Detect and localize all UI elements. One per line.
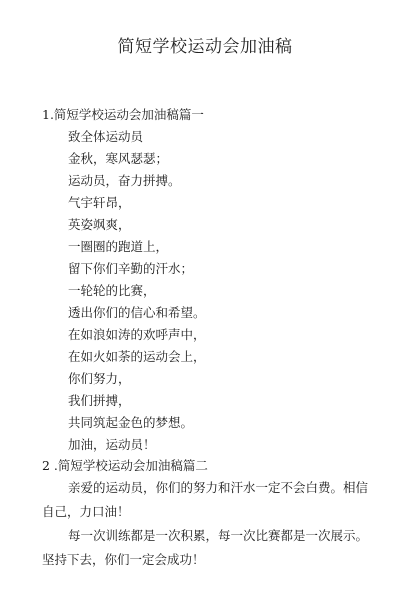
poem-line: 运动员，奋力拼搏。 (68, 173, 181, 189)
poem-line: 在如浪如涛的欢呼声中， (68, 327, 206, 343)
poem-line: 一圈圈的跑道上， (68, 239, 168, 255)
section-heading-1: 1.简短学校运动会加油稿篇一 (42, 107, 204, 123)
poem-line: 留下你们辛勤的汗水； (68, 261, 193, 277)
poem-line: 我们拼搏， (68, 393, 131, 409)
poem-line: 气宇轩昂， (68, 195, 131, 211)
poem-line: 英姿飒爽， (68, 217, 131, 233)
poem-line: 共同筑起金色的梦想。 (68, 415, 193, 431)
poem-line: 在如火如荼的运动会上， (68, 349, 206, 365)
poem-line: 致全体运动员 (68, 129, 143, 145)
section-heading-2: 2 .简短学校运动会加油稿篇二 (42, 458, 208, 474)
paragraph: 亲爱的运动员，你们的努力和汗水一定不会白费。相信 自己，力口油！ (42, 476, 372, 524)
document-title: 简短学校运动会加油稿 (0, 36, 410, 58)
paragraph: 每一次训练都是一次积累，每一次比赛都是一次展示。 坚持下去，你们一定会成功！ (42, 524, 372, 572)
poem-line: 透出你们的信心和希望。 (68, 305, 206, 321)
poem-line: 你们努力， (68, 371, 131, 387)
poem-line: 金秋，寒风瑟瑟； (68, 151, 168, 167)
poem-line: 加油，运动员！ (68, 437, 156, 453)
poem-line: 一轮轮的比赛， (68, 283, 156, 299)
